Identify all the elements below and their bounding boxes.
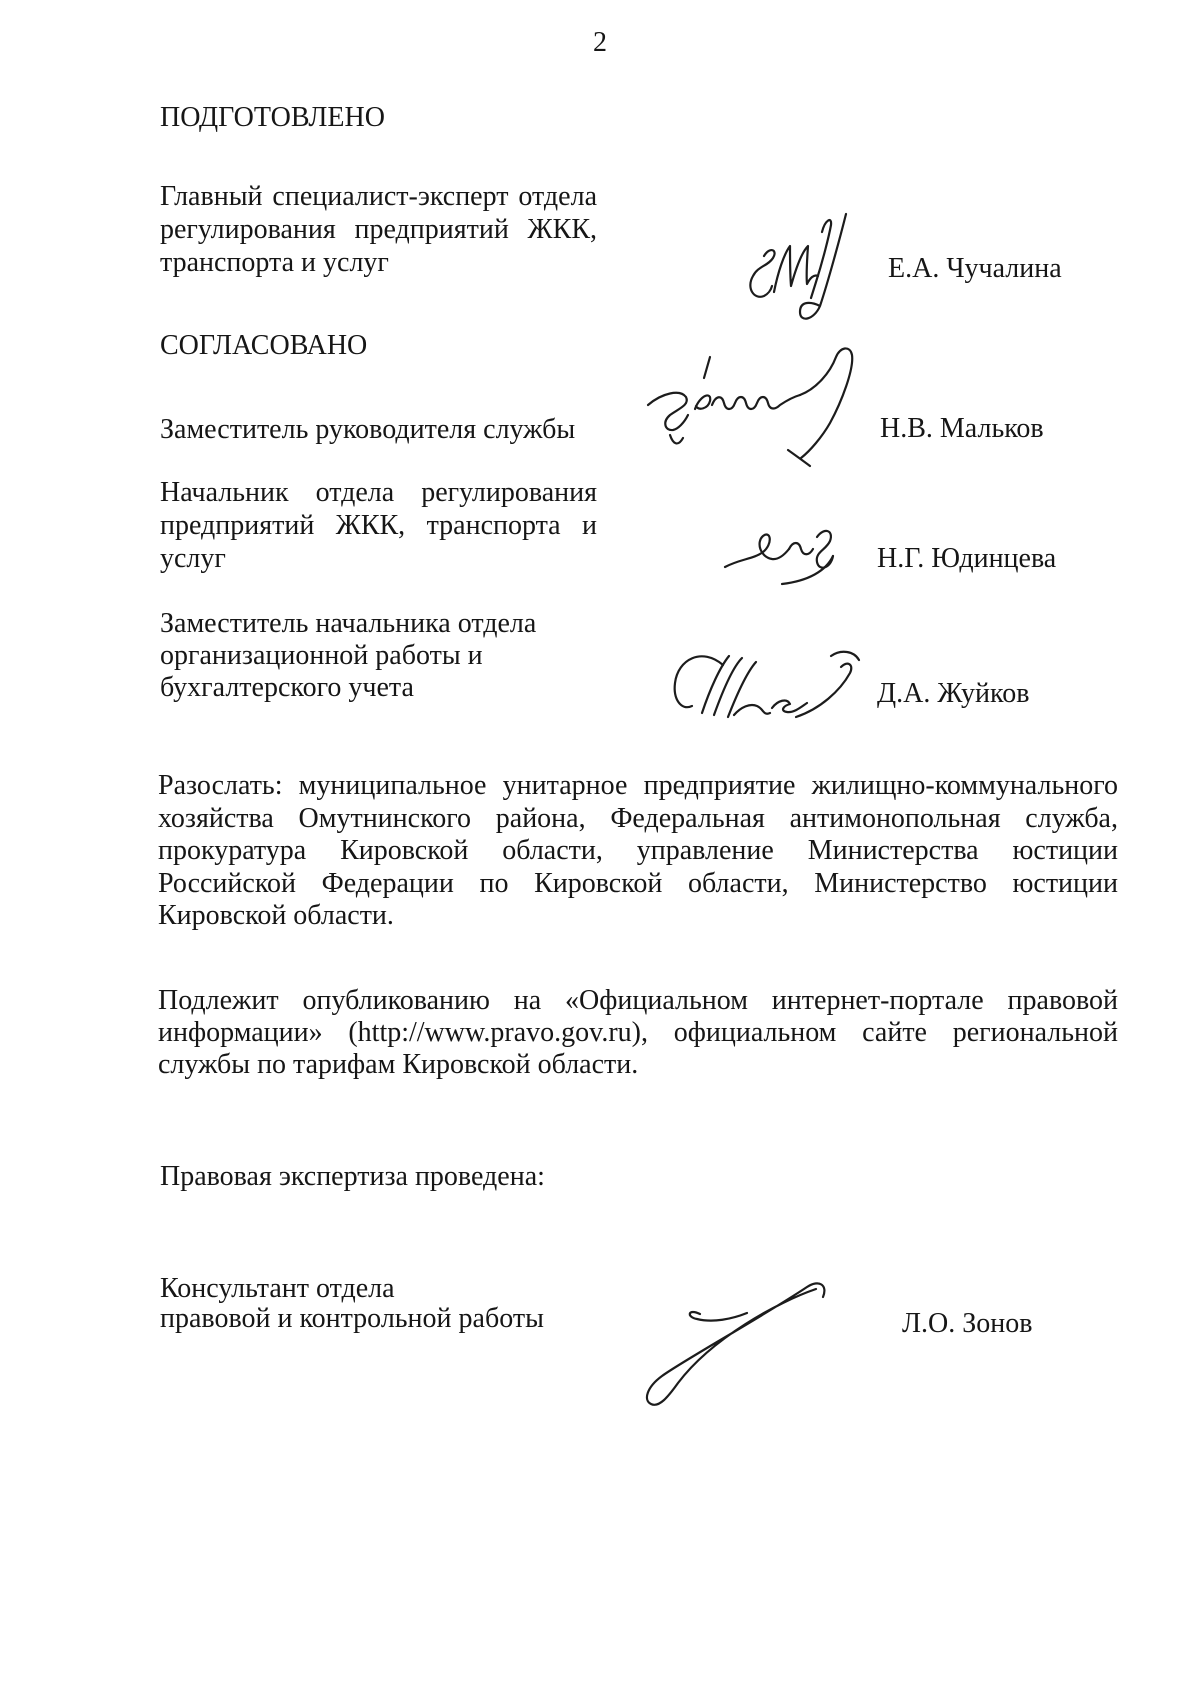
job-title-deputy-department-head: Заместитель начальника отдела организаци… <box>160 608 597 704</box>
job-title-line: организационной работы и <box>160 640 597 672</box>
document-page: 2 ПОДГОТОВЛЕНО Главный специалист-экспер… <box>0 0 1200 1697</box>
job-title-line: Заместитель руководителя службы <box>160 413 597 446</box>
job-title-line: Начальник отдела регулирования <box>160 476 597 509</box>
job-title-deputy-head: Заместитель руководителя службы <box>160 413 597 446</box>
job-title-line: Консультант отдела <box>160 1274 660 1304</box>
job-title-line: правовой и контрольной работы <box>160 1304 660 1334</box>
signature-zhuykov-icon <box>668 645 868 735</box>
job-title-department-head: Начальник отдела регулирования предприят… <box>160 476 597 575</box>
paragraph-line: службы по тарифам Кировской области. <box>158 1049 1118 1081</box>
job-title-line: предприятий ЖКК, транспорта и <box>160 509 597 542</box>
paragraph-line: Российской Федерации по Кировской област… <box>158 868 1118 901</box>
job-title-line: транспорта и услуг <box>160 246 597 279</box>
signer-name: Н.В. Мальков <box>880 412 1044 445</box>
job-title-line: Заместитель начальника отдела <box>160 608 597 640</box>
job-title-consultant: Консультант отдела правовой и контрольно… <box>160 1274 660 1334</box>
page-number: 2 <box>0 26 1200 59</box>
job-title-line: Главный специалист-эксперт отдела <box>160 180 597 213</box>
signature-chuchalina-icon <box>728 208 850 323</box>
signer-name: Н.Г. Юдинцева <box>877 542 1056 575</box>
agreed-heading: СОГЛАСОВАНО <box>160 329 367 362</box>
job-title-line: услуг <box>160 542 597 575</box>
paragraph-line: Подлежит опубликованию на «Официальном и… <box>158 985 1118 1017</box>
signature-zonov-icon <box>640 1272 835 1407</box>
paragraph-line: Разослать: муниципальное унитарное предп… <box>158 770 1118 803</box>
job-title-line: регулирования предприятий ЖКК, <box>160 213 597 246</box>
publication-paragraph: Подлежит опубликованию на «Официальном и… <box>158 985 1118 1081</box>
signer-name: Е.А. Чучалина <box>888 252 1062 285</box>
job-title-line: бухгалтерского учета <box>160 672 597 704</box>
paragraph-line: Кировской области. <box>158 900 1118 933</box>
paragraph-line: хозяйства Омутнинского района, Федеральн… <box>158 803 1118 836</box>
signature-yudintseva-icon <box>720 515 845 590</box>
legal-review-heading: Правовая экспертиза проведена: <box>160 1160 545 1193</box>
job-title-prepared: Главный специалист-эксперт отдела регули… <box>160 180 597 279</box>
signer-name: Д.А. Жуйков <box>877 677 1029 710</box>
signature-malkov-icon <box>640 345 875 475</box>
paragraph-line: информации» (http://www.pravo.gov.ru), о… <box>158 1017 1118 1049</box>
prepared-heading: ПОДГОТОВЛЕНО <box>160 101 385 134</box>
paragraph-line: прокуратура Кировской области, управлени… <box>158 835 1118 868</box>
signer-name: Л.О. Зонов <box>902 1307 1032 1340</box>
distribution-paragraph: Разослать: муниципальное унитарное предп… <box>158 770 1118 933</box>
